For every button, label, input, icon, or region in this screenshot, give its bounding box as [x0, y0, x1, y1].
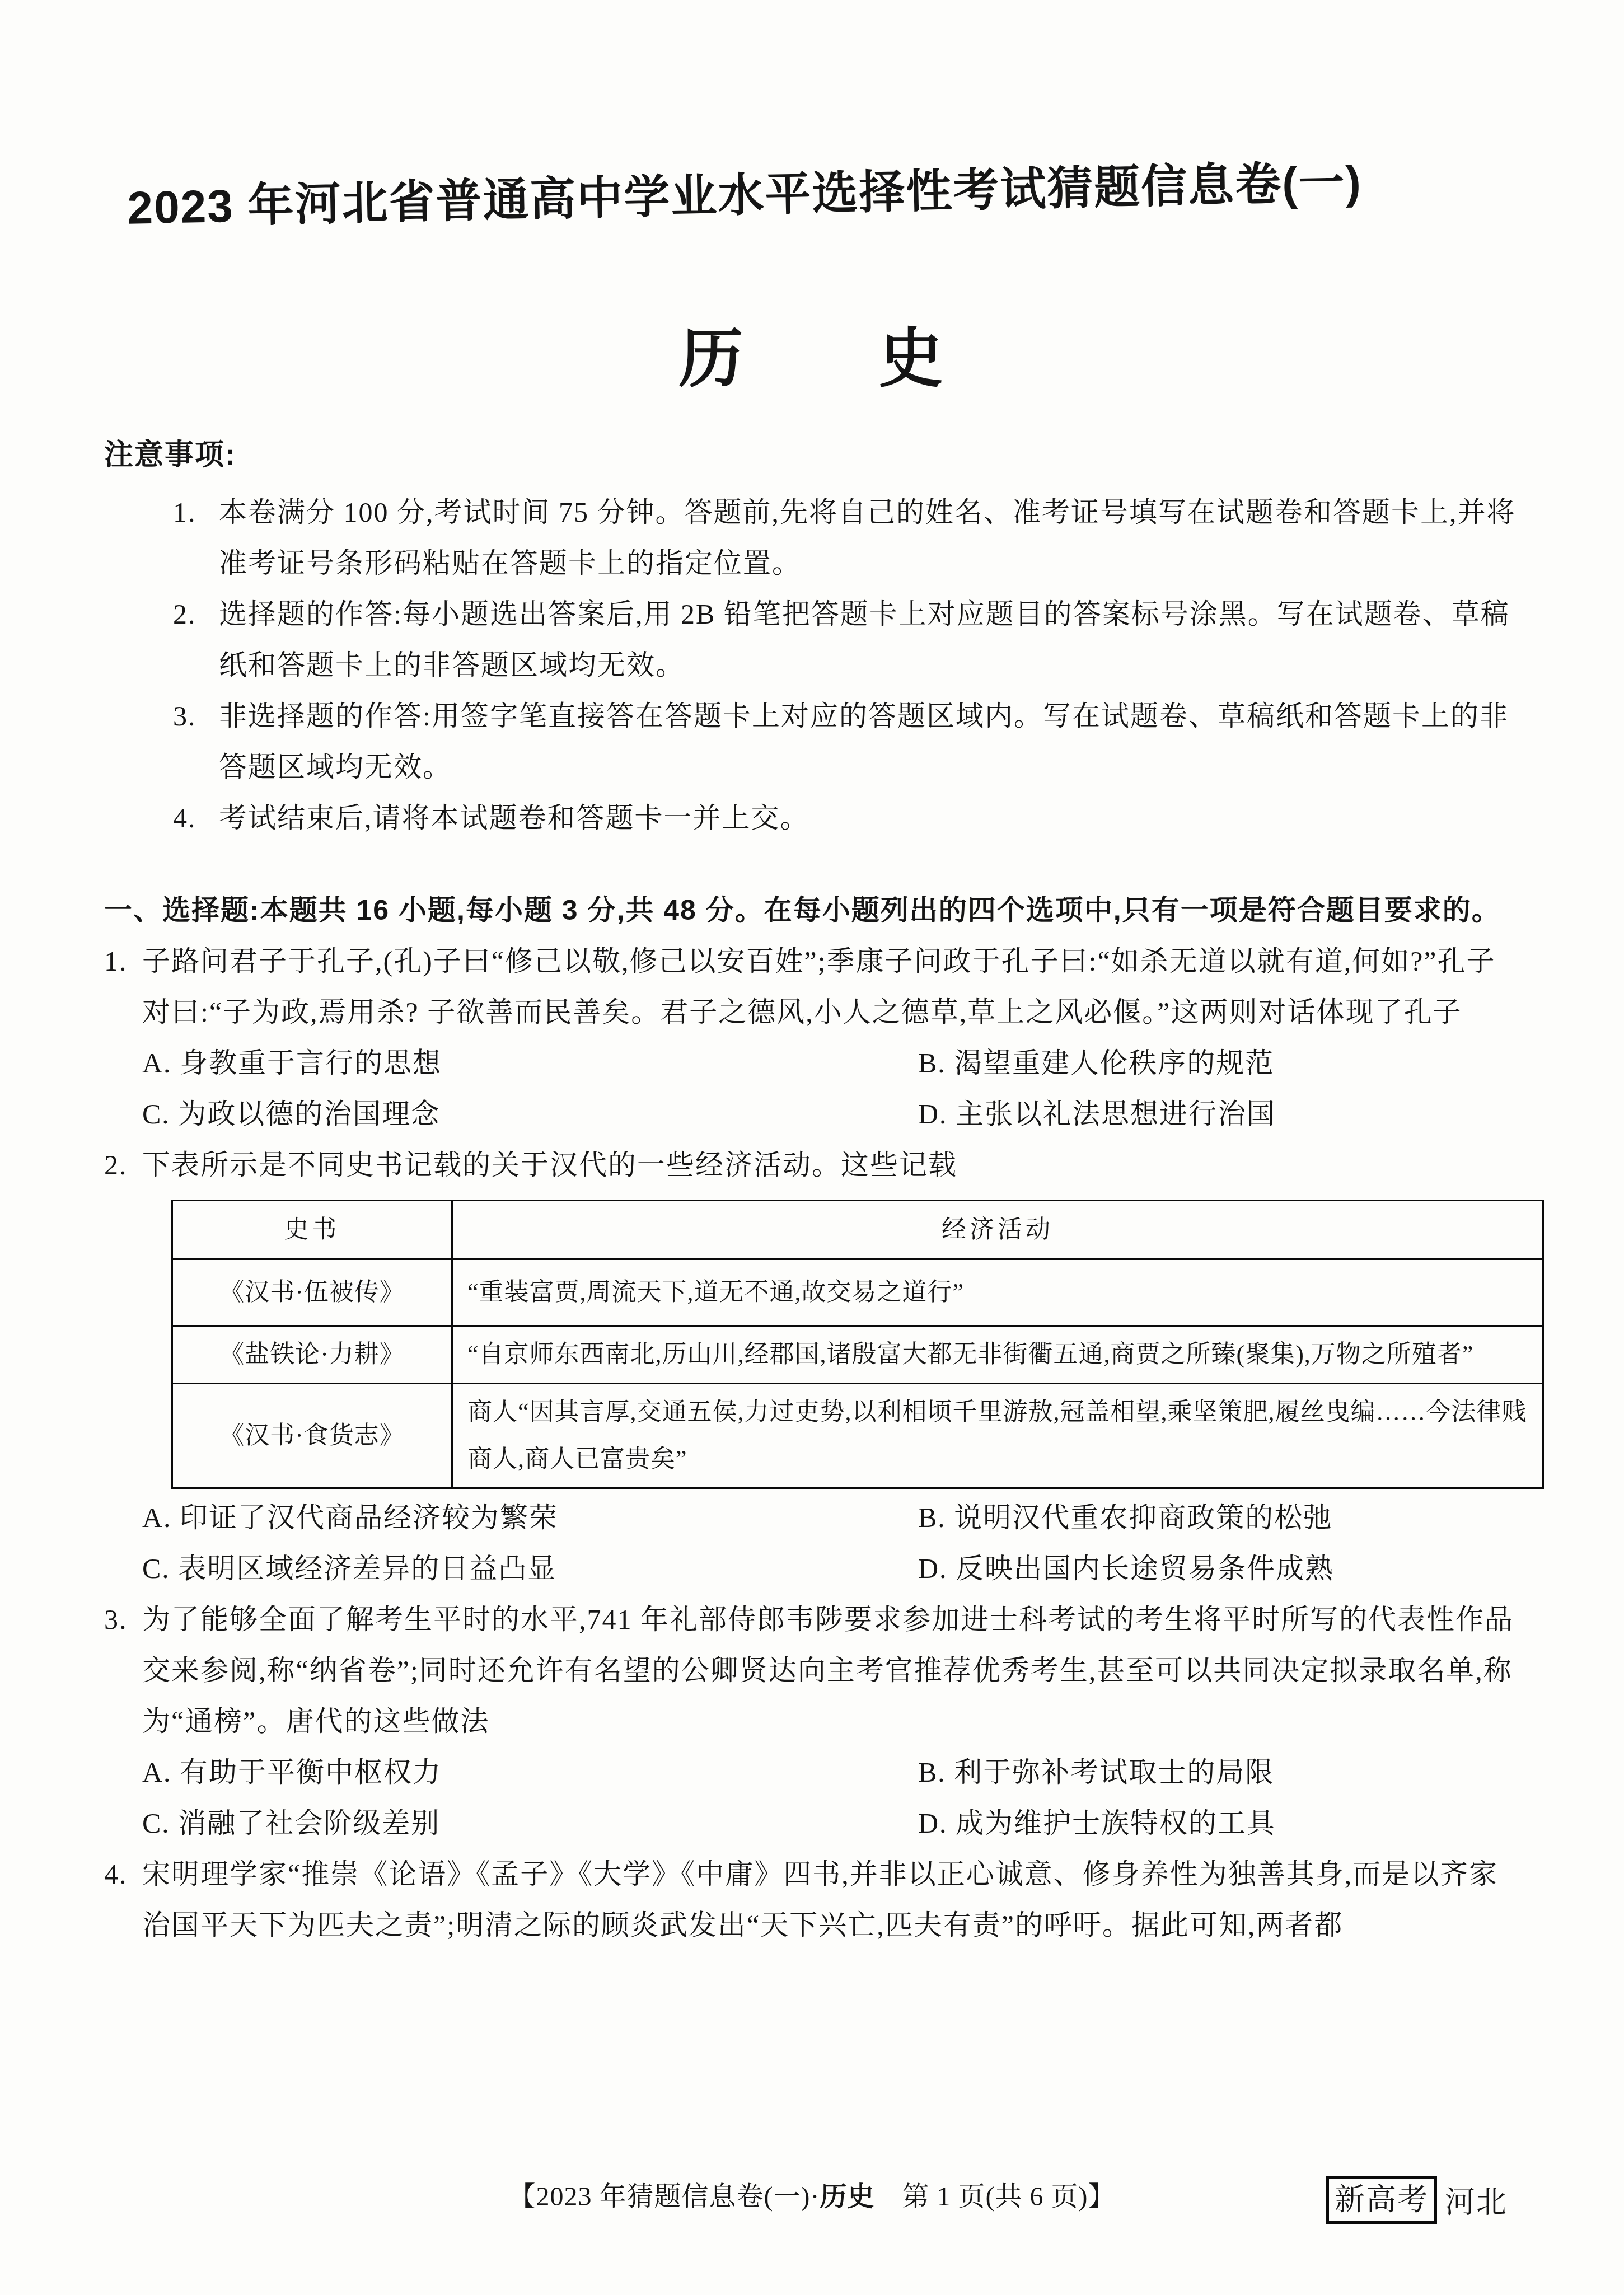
options-row: A. 身教重于言行的思想 B. 渴望重建人伦秩序的规范 [142, 1038, 1520, 1089]
table-cell-source: 《汉书·伍被传》 [172, 1259, 452, 1326]
notice-item-1: 1. 本卷满分 100 分,考试时间 75 分钟。答题前,先将自己的姓名、准考证… [104, 487, 1520, 589]
option-d: D. 成为维护士族特权的工具 [918, 1798, 1520, 1849]
options-row: C. 表明区域经济差异的日益凸显 D. 反映出国内长途贸易条件成熟 [142, 1543, 1544, 1594]
question-body: 子路问君子于孔子,(孔)子曰“修己以敬,修己以安百姓”;季康子问政于孔子曰:“如… [142, 936, 1520, 1140]
notice-item-number: 3. [104, 691, 219, 793]
option-c: C. 为政以德的治国理念 [142, 1089, 918, 1140]
notice-item-text: 非选择题的作答:用签字笔直接答在答题卡上对应的答题区域内。写在试题卷、草稿纸和答… [219, 691, 1520, 793]
options-row: C. 为政以德的治国理念 D. 主张以礼法思想进行治国 [142, 1089, 1520, 1140]
option-b: B. 说明汉代重农抑商政策的松弛 [918, 1492, 1544, 1543]
options-row: A. 印证了汉代商品经济较为繁荣 B. 说明汉代重农抑商政策的松弛 [142, 1492, 1544, 1543]
footer-badge-group: 新高考 河北 [1326, 2176, 1508, 2224]
notice-heading: 注意事项: [104, 438, 1520, 472]
table-row: 《汉书·伍被传》 “重装富贾,周流天下,道无不通,故交易之道行” [172, 1259, 1543, 1326]
exam-paper-page: 2023 年河北省普通高中学业水平选择性考试猜题信息卷(一) 历 史 注意事项:… [0, 0, 1624, 2295]
table-row: 《汉书·食货志》 商人“因其言厚,交通五侯,力过吏势,以利相顷千里游敖,冠盖相望… [172, 1384, 1543, 1488]
question-1: 1. 子路问君子于孔子,(孔)子曰“修己以敬,修己以安百姓”;季康子问政于孔子曰… [104, 936, 1520, 1140]
subject-title: 历 史 [104, 327, 1520, 391]
table-cell-activity: “自京师东西南北,历山川,经郡国,诸殷富大都无非街衢五通,商贾之所臻(聚集),万… [452, 1326, 1543, 1384]
option-d: D. 主张以礼法思想进行治国 [918, 1089, 1520, 1140]
question-text: 子路问君子于孔子,(孔)子曰“修己以敬,修己以安百姓”;季康子问政于孔子曰:“如… [142, 936, 1520, 1038]
footer-prefix: 【2023 年猜题信息卷(一)· [509, 2182, 820, 2212]
question-text: 为了能够全面了解考生平时的水平,741 年礼部侍郎韦陟要求参加进士科考试的考生将… [142, 1594, 1520, 1747]
economic-activities-table: 史书 经济活动 《汉书·伍被传》 “重装富贾,周流天下,道无不通,故交易之道行”… [171, 1200, 1544, 1489]
question-4: 4. 宋明理学家“推崇《论语》《孟子》《大学》《中庸》四书,并非以正心诚意、修身… [104, 1849, 1520, 1951]
question-body: 宋明理学家“推崇《论语》《孟子》《大学》《中庸》四书,并非以正心诚意、修身养性为… [142, 1849, 1520, 1951]
notice-item-text: 本卷满分 100 分,考试时间 75 分钟。答题前,先将自己的姓名、准考证号填写… [219, 487, 1520, 589]
exam-title: 2023 年河北省普通高中学业水平选择性考试猜题信息卷(一) [102, 0, 1522, 232]
option-a: A. 有助于平衡中枢权力 [142, 1747, 918, 1798]
new-gaokao-badge: 新高考 [1326, 2176, 1437, 2224]
table-cell-source: 《盐铁论·力耕》 [172, 1326, 452, 1384]
notice-item-3: 3. 非选择题的作答:用签字笔直接答在答题卡上对应的答题区域内。写在试题卷、草稿… [104, 691, 1520, 793]
section-heading-multiple-choice: 一、选择题:本题共 16 小题,每小题 3 分,共 48 分。在每小题列出的四个… [104, 885, 1520, 936]
notice-item-text: 考试结束后,请将本试题卷和答题卡一并上交。 [219, 793, 1520, 844]
notice-item-text: 选择题的作答:每小题选出答案后,用 2B 铅笔把答题卡上对应题目的答案标号涂黑。… [219, 589, 1520, 691]
options-row: C. 消融了社会阶级差别 D. 成为维护士族特权的工具 [142, 1798, 1520, 1849]
footer-page-number: 第 1 页(共 6 页)】 [875, 2182, 1116, 2212]
option-b: B. 利于弥补考试取士的局限 [918, 1747, 1520, 1798]
question-number: 2. [104, 1140, 142, 1594]
table-row: 《盐铁论·力耕》 “自京师东西南北,历山川,经郡国,诸殷富大都无非街衢五通,商贾… [172, 1326, 1543, 1384]
table-cell-source: 《汉书·食货志》 [172, 1384, 452, 1488]
notice-list: 1. 本卷满分 100 分,考试时间 75 分钟。答题前,先将自己的姓名、准考证… [104, 487, 1520, 844]
footer-subject: 历史 [820, 2182, 874, 2212]
question-text: 下表所示是不同史书记载的关于汉代的一些经济活动。这些记载 [142, 1140, 1544, 1191]
question-number: 4. [104, 1849, 142, 1951]
region-label: 河北 [1445, 2179, 1508, 2222]
question-number: 3. [104, 1594, 142, 1849]
table-cell-activity: “重装富贾,周流天下,道无不通,故交易之道行” [452, 1259, 1543, 1326]
page-footer: 【2023 年猜题信息卷(一)·历史 第 1 页(共 6 页)】 新高考 河北 [0, 2181, 1624, 2213]
option-c: C. 表明区域经济差异的日益凸显 [142, 1543, 918, 1594]
options-row: A. 有助于平衡中枢权力 B. 利于弥补考试取士的局限 [142, 1747, 1520, 1798]
table-header-row: 史书 经济活动 [172, 1201, 1543, 1259]
table-cell-activity: 商人“因其言厚,交通五侯,力过吏势,以利相顷千里游敖,冠盖相望,乘坚策肥,履丝曳… [452, 1384, 1543, 1488]
question-text: 宋明理学家“推崇《论语》《孟子》《大学》《中庸》四书,并非以正心诚意、修身养性为… [142, 1849, 1520, 1951]
notice-item-number: 1. [104, 487, 219, 589]
question-body: 下表所示是不同史书记载的关于汉代的一些经济活动。这些记载 史书 经济活动 《汉书… [142, 1140, 1544, 1594]
option-a: A. 身教重于言行的思想 [142, 1038, 918, 1089]
question-2: 2. 下表所示是不同史书记载的关于汉代的一些经济活动。这些记载 史书 经济活动 … [104, 1140, 1520, 1594]
notice-item-2: 2. 选择题的作答:每小题选出答案后,用 2B 铅笔把答题卡上对应题目的答案标号… [104, 589, 1520, 691]
option-c: C. 消融了社会阶级差别 [142, 1798, 918, 1849]
table-header-activity: 经济活动 [452, 1201, 1543, 1259]
table-header-source: 史书 [172, 1201, 452, 1259]
option-b: B. 渴望重建人伦秩序的规范 [918, 1038, 1520, 1089]
question-3: 3. 为了能够全面了解考生平时的水平,741 年礼部侍郎韦陟要求参加进士科考试的… [104, 1594, 1520, 1849]
notice-item-number: 4. [104, 793, 219, 844]
question-number: 1. [104, 936, 142, 1140]
option-d: D. 反映出国内长途贸易条件成熟 [918, 1543, 1544, 1594]
page-content: 2023 年河北省普通高中学业水平选择性考试猜题信息卷(一) 历 史 注意事项:… [0, 0, 1624, 1951]
question-body: 为了能够全面了解考生平时的水平,741 年礼部侍郎韦陟要求参加进士科考试的考生将… [142, 1594, 1520, 1849]
option-a: A. 印证了汉代商品经济较为繁荣 [142, 1492, 918, 1543]
notice-item-4: 4. 考试结束后,请将本试题卷和答题卡一并上交。 [104, 793, 1520, 844]
notice-item-number: 2. [104, 589, 219, 691]
